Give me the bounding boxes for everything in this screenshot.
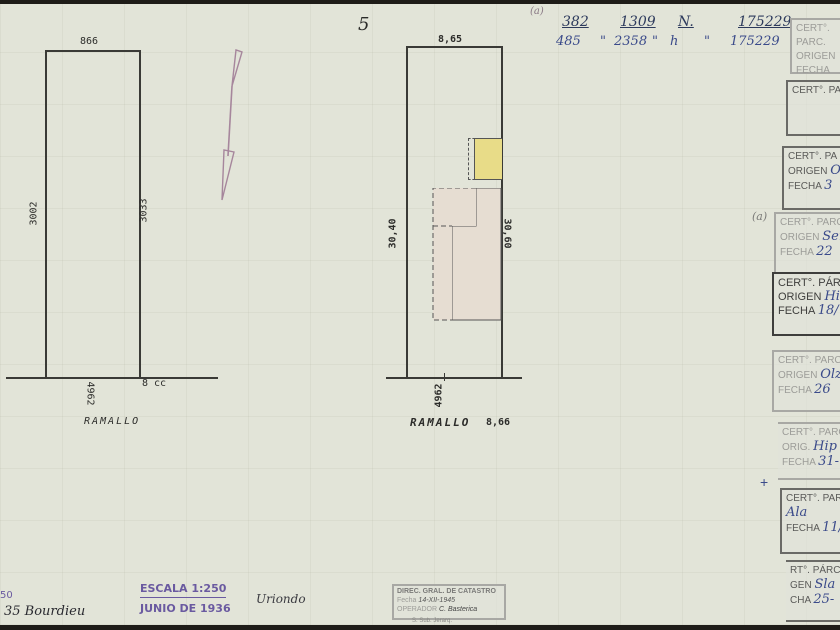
cert-stamp: CERT°. PARC ORIGEN Sen FECHA 22 [774, 212, 840, 274]
stamp-marker: (a) [752, 210, 767, 223]
annex-dashed-outline [468, 138, 475, 180]
cross-mark-icon: + [760, 474, 768, 490]
plot-right-frontage: 8,66 [486, 417, 510, 428]
cert-stamp: CERT°. PA ORIGEN Ol FECHA 3 [782, 146, 840, 210]
scale-stamp: ESCALA 1:250 [140, 582, 226, 598]
cert-stamp: CERT°. PARC ORIG. Hip FECHA 31- [778, 422, 840, 480]
plot-right-street-name: RAMALLO [410, 416, 470, 429]
margin-number: 50 [0, 590, 13, 601]
plot-right-street-number: 4962 [434, 383, 445, 407]
plot-left-right-side: 3033 [139, 198, 150, 222]
direction-stamp-sub: S. Sub. Jerarq. [412, 618, 452, 624]
cert-stamp: RT°. PÁRC GEN Sla CHA 25- [786, 560, 840, 622]
cert-stamp: CERT°. PARC Ala FECHA 11/ [780, 488, 840, 554]
date-stamp: JUNIO DE 1936 [140, 602, 231, 615]
plot-left-street-number: 4962 [85, 381, 96, 405]
cert-stamp: CERT°. PÁRC ORIGEN Hip FECHA 18/ [772, 272, 840, 336]
signature-left: 35 Bourdieu [4, 604, 85, 619]
north-arrow-icon [214, 46, 248, 206]
cert-stamp: CERT°. PARC.ORIGENFECHA [790, 18, 840, 74]
plot-left-street-name: RAMALLO [84, 416, 140, 427]
direction-stamp: DIREC. GRAL. DE CATASTRO Fecha 14-XII-19… [392, 584, 506, 620]
plot-left-corner-note: 8 cc [142, 378, 166, 389]
survey-sheet: 5 866 3002 3033 4962 8 cc RAMALLO [0, 4, 840, 625]
cert-stamp: CERT°. PAR [786, 80, 840, 136]
signature-right: Uriondo [256, 592, 306, 606]
plot-left-left-side: 3002 [29, 201, 40, 225]
building-footprint [430, 188, 504, 324]
plot-left-top-width: 866 [80, 36, 98, 47]
annex-structure [474, 138, 502, 180]
plot-right-right-side: 30,60 [502, 218, 513, 248]
page-number: 5 [358, 14, 369, 35]
plot-right-top-width: 8,65 [438, 34, 462, 45]
cert-stamp: CERT°. PARC ORIGEN Olz FECHA 26 [772, 350, 840, 412]
plot-right-left-side: 30,40 [388, 218, 399, 248]
